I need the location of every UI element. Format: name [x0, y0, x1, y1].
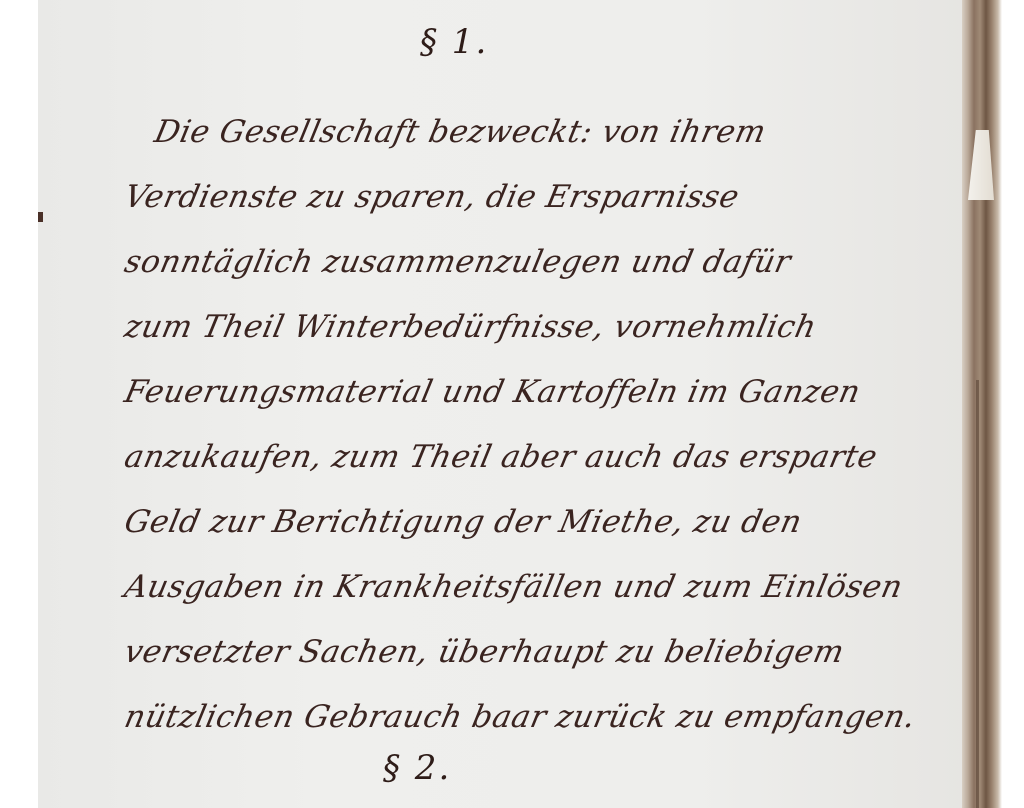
manuscript-line: Die Gesellschaft bezweckt: von ihrem [118, 100, 962, 165]
section-2-heading: § 2. [383, 748, 451, 788]
section-1-heading: § 1. [420, 22, 488, 62]
manuscript-line: Geld zur Berichtigung der Miethe, zu den [118, 490, 962, 555]
page-flap [968, 130, 994, 200]
manuscript-line: versetzter Sachen, überhaupt zu beliebig… [118, 620, 962, 685]
manuscript-line: sonntäglich zusammenzulegen und dafür [118, 230, 962, 295]
manuscript-line: nützlichen Gebrauch baar zurück zu empfa… [118, 685, 962, 750]
page-crease [976, 380, 979, 808]
manuscript-line: Feuerungsmaterial und Kartoffeln im Ganz… [118, 360, 962, 425]
manuscript-line: Ausgaben in Krankheitsfällen und zum Ein… [118, 555, 962, 620]
manuscript-line: zum Theil Winterbedürfnisse, vornehmlich [118, 295, 962, 360]
torn-page-edges [962, 0, 1002, 808]
section-1-body: Die Gesellschaft bezweckt: von ihrem Ver… [125, 100, 955, 750]
manuscript-line: Verdienste zu sparen, die Ersparnisse [118, 165, 962, 230]
margin-ink-mark [38, 212, 43, 222]
manuscript-line: anzukaufen, zum Theil aber auch das ersp… [118, 425, 962, 490]
